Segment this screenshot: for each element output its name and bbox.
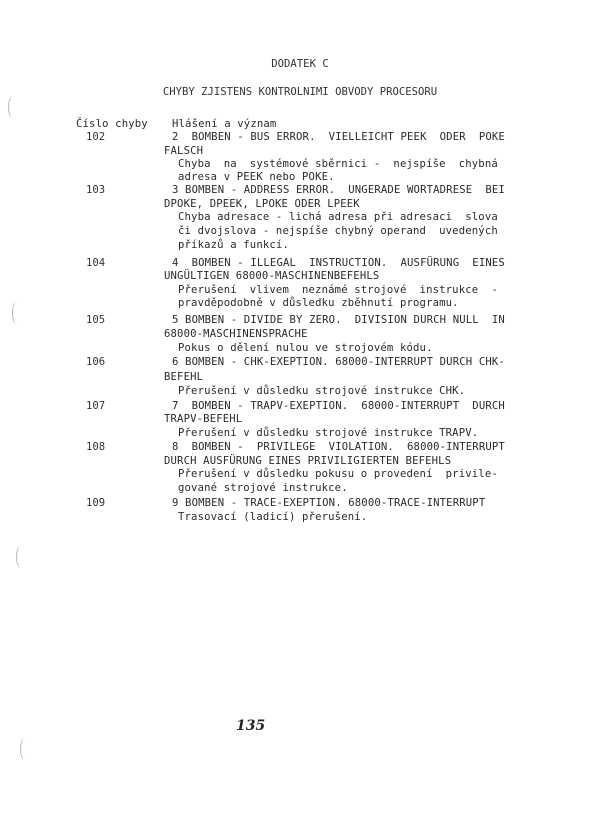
error-message: DPOKE, DPEEK, LPOKE ODER LPEEK: [164, 198, 360, 211]
error-message: 6 BOMBEN - CHK-EXEPTION. 68000-INTERRUPT…: [172, 356, 505, 369]
error-meaning: pravděpodobně v důsledku zběhnutí progra…: [178, 297, 459, 310]
error-code: 104: [86, 257, 105, 269]
margin-mark: [12, 302, 21, 324]
error-meaning: adresa v PEEK nebo POKE.: [178, 171, 335, 184]
error-message: TRAPV-BEFEHL: [164, 413, 242, 426]
error-message: 7 BOMBEN - TRAPV-EXEPTION. 68000-INTERRU…: [172, 400, 505, 413]
error-message: 68000-MASCHINENSPRACHE: [164, 328, 308, 341]
error-code: 106: [86, 356, 105, 368]
error-meaning: příkazů a funkcí.: [178, 239, 289, 252]
error-message: DURCH AUSFÜRUNG EINES PRIVILIGIERTEN BEF…: [164, 455, 451, 468]
error-message: 5 BOMBEN - DIVIDE BY ZERO. DIVISION DURC…: [172, 314, 505, 327]
column-header-code: Číslo chyby: [76, 118, 148, 131]
error-code: 105: [86, 314, 105, 326]
error-message: BEFEHL: [164, 371, 203, 384]
margin-mark: [16, 546, 25, 568]
section-title: CHYBY ZJISTENS KONTROLNIMI OBVODY PROCES…: [0, 86, 600, 98]
error-message: 8 BOMBEN - PRIVILEGE VIOLATION. 68000-IN…: [172, 441, 505, 454]
appendix-title: DODATEK C: [0, 58, 600, 70]
error-meaning: Pokus o dělení nulou ve strojovém kódu.: [178, 342, 433, 355]
error-meaning: či dvojslova - nejspíše chybný operand u…: [178, 225, 498, 238]
error-meaning: Chyba adresace - lichá adresa při adresa…: [178, 211, 498, 224]
error-meaning: Chyba na systémové sběrnici - nejspíše c…: [178, 158, 498, 171]
error-code: 103: [86, 184, 105, 196]
error-message: 4 BOMBEN - ILLEGAL INSTRUCTION. AUSFÜRUN…: [172, 257, 505, 270]
error-meaning: Přerušení vlivem neznámé strojové instru…: [178, 284, 498, 297]
error-meaning: Přerušení v důsledku strojové instrukce …: [178, 385, 465, 398]
error-message: UNGÜLTIGEN 68000-MASCHINENBEFEHLS: [164, 270, 379, 283]
error-code: 102: [86, 131, 105, 143]
error-meaning: Trasovací (ladicí) přerušení.: [178, 511, 367, 524]
error-code: 108: [86, 441, 105, 453]
error-code: 107: [86, 400, 105, 412]
error-message: 3 BOMBEN - ADDRESS ERROR. UNGERADE WORTA…: [172, 184, 505, 197]
margin-mark: [8, 96, 17, 118]
error-meaning: Přerušení v důsledku strojové instrukce …: [178, 427, 478, 440]
error-message: 9 BOMBEN - TRACE-EXEPTION. 68000-TRACE-I…: [172, 497, 485, 510]
error-meaning: Přerušení v důsledku pokusu o provedení …: [178, 468, 498, 481]
error-message: FALSCH: [164, 145, 203, 158]
error-message: 2 BOMBEN - BUS ERROR. VIELLEICHT PEEK OD…: [172, 131, 505, 144]
page-number: 135: [236, 718, 265, 734]
column-header-message: Hlášení a význam: [172, 118, 276, 131]
error-code: 109: [86, 497, 105, 509]
margin-mark: [20, 738, 29, 760]
error-meaning: gované strojové instrukce.: [178, 482, 348, 495]
